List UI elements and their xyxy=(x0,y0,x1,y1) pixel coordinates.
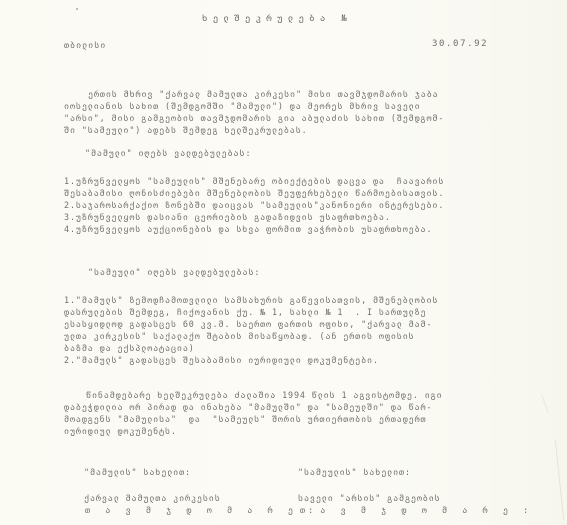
document-city: თბილისი xyxy=(64,40,106,50)
signature-left-role: თ ა ვ მ ჯ დ ო მ ა რ ე : xyxy=(85,505,318,515)
section1-item: 2.საჯაროსარქაქიო ზონებში დაიცვას "სამეულ… xyxy=(64,200,444,210)
preamble-line: ში "სამეული") ადებს შემდეგ ხელშეკრულებას… xyxy=(64,125,308,135)
section1-item: 4.უზრუნველყოს აუქციონების და სხვა ფორმით… xyxy=(64,224,432,234)
signature-left-org: ქარვალ მამულთა კირკესის xyxy=(84,493,221,503)
paper-speck xyxy=(76,8,78,10)
section1-item: შესაბამისი ღონისძიებები მშენებლობის შეუფ… xyxy=(64,188,444,198)
section2-item: ულთა კირკესის" საქალაქო შტაბის მისაწყობა… xyxy=(64,331,415,341)
document-title: ხელშეკრულება № xyxy=(202,14,352,24)
signature-right-role: თ ა ვ მ ჯ დ ო მ ა რ ე : xyxy=(300,505,533,515)
section2-item: 1."მამულს" ზემოდჩამოთვლილი სამსახურის გა… xyxy=(64,295,438,305)
section2-item: დასრულების შემდეგ, ჩიქოვანის ქუ. № 1, სა… xyxy=(64,307,426,317)
closing-line: დაბეჭდილია ორ პირად და ინახება "მამულში"… xyxy=(64,402,432,412)
signature-left-label: "მამულის" სახელით: xyxy=(84,467,191,477)
signature-right-label: "სამეულის" სახელით: xyxy=(298,467,411,477)
closing-line: მოადგენს "მამულისა" და "სამეულს" შორის უ… xyxy=(64,414,426,424)
closing-line: იურიდიულ დოკუმენტს. xyxy=(64,426,177,436)
section1-item: 3.უზრუნველყოს დასიანი ცეორიების გადაზიდვ… xyxy=(64,212,391,222)
preamble-line: "არსი", მისი გამგეობის თავმჯდომარის გია … xyxy=(64,113,444,123)
section2-item: ესასყიდლოდ გადასცეს 60 კვ.მ. საერთო ფართ… xyxy=(64,319,432,329)
scanned-paper-page xyxy=(0,0,567,525)
section2-item: ბაზმა და ექსპლოატაცია) xyxy=(64,343,195,353)
document-date: 30.07.92 xyxy=(432,39,488,49)
section2-heading: "სამეული" იღებს ვალდებულებას: xyxy=(88,267,260,277)
section2-item: 2."მამულს" გადასცეს შესაბამისი იურიდიული… xyxy=(64,355,379,365)
section1-item: 1.უზრუნველყოს "სამეულის" მშენებარე ობიექ… xyxy=(64,176,444,186)
preamble-line: იოსელიანის სახით (შემდგომში "მამული") და… xyxy=(64,101,421,111)
section1-heading: "მამული" იღებს ვალდებულებას: xyxy=(85,148,251,158)
closing-line: წინამდებარე ხელშეკრულება ძალაშია 1994 წლ… xyxy=(86,390,443,400)
signature-right-org: საველი "არსის" გამგეობის xyxy=(298,493,441,503)
preamble-line: ერთის მხრივ "ქარვალ მამულთა კირკესი" მის… xyxy=(88,89,439,99)
